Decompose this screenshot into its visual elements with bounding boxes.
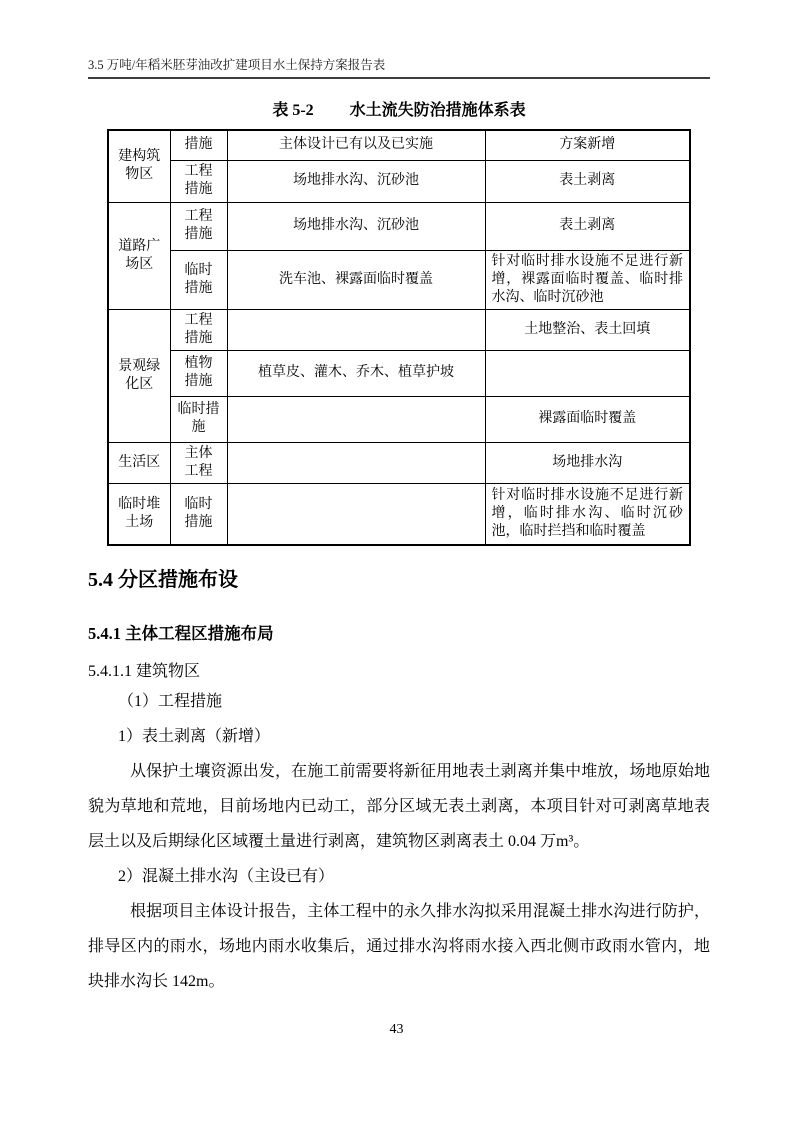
table-caption-title: 水土流失防治措施体系表 <box>350 102 526 119</box>
zone-cell: 建构筑 物区 <box>108 130 170 202</box>
measure-type-cell: 主体 工程 <box>170 442 227 483</box>
measure-type-cell: 植物 措施 <box>170 350 227 396</box>
new-measure-cell: 表土剥离 <box>485 160 690 202</box>
existing-measure-cell: 洗车池、裸露面临时覆盖 <box>227 250 485 309</box>
measure-type-cell: 临时 措施 <box>170 250 227 309</box>
zone-cell: 生活区 <box>108 442 170 483</box>
existing-measure-cell <box>227 483 485 545</box>
measure-type-cell: 工程 措施 <box>170 160 227 202</box>
table-row: 生活区 主体 工程 场地排水沟 <box>108 442 690 483</box>
zone-cell: 临时堆 土场 <box>108 483 170 545</box>
zone-cell: 道路广 场区 <box>108 202 170 309</box>
erosion-control-measures-table: 建构筑 物区 措施 主体设计已有以及已实施 方案新增 工程 措施 场地排水沟、沉… <box>107 129 691 546</box>
page-number: 43 <box>0 1022 793 1038</box>
existing-measure-cell <box>227 442 485 483</box>
table-caption-label: 表 5-2 <box>272 102 313 119</box>
measure-type-cell: 工程 措施 <box>170 309 227 350</box>
existing-measure-header-cell: 主体设计已有以及已实施 <box>227 130 485 160</box>
measure-type-cell: 临时措 施 <box>170 396 227 442</box>
section-heading-5-4: 5.4 分区措施布设 <box>88 566 710 594</box>
section-heading-5-4-1: 5.4.1 主体工程区措施布局 <box>88 622 710 646</box>
existing-measure-cell: 场地排水沟、沉砂池 <box>227 202 485 250</box>
new-measure-cell: 针对临时排水设施不足进行新增，临时排水沟、临时沉砂池，临时拦挡和临时覆盖 <box>485 483 690 545</box>
paragraph-topsoil-stripping: 从保护土壤资源出发，在施工前需要将新征用地表土剥离并集中堆放，场地原始地貌为草地… <box>88 754 710 859</box>
new-measure-cell: 针对临时排水设施不足进行新增，裸露面临时覆盖、临时排水沟、临时沉砂池 <box>485 250 690 309</box>
running-header: 3.5 万吨/年稻米胚芽油改扩建项目水土保持方案报告表 <box>88 56 710 79</box>
new-measure-header-cell: 方案新增 <box>485 130 690 160</box>
table-row: 临时堆 土场 临时 措施 针对临时排水设施不足进行新增，临时排水沟、临时沉砂池，… <box>108 483 690 545</box>
existing-measure-cell: 植草皮、灌木、乔木、植草护坡 <box>227 350 485 396</box>
document-page: 3.5 万吨/年稻米胚芽油改扩建项目水土保持方案报告表 表 5-2水土流失防治措… <box>0 0 793 1122</box>
table-caption: 表 5-2水土流失防治措施体系表 <box>88 100 710 122</box>
list-item-concrete-drain: 2）混凝土排水沟（主设已有） <box>88 859 710 894</box>
measure-type-cell: 临时 措施 <box>170 483 227 545</box>
table-row: 临时 措施 洗车池、裸露面临时覆盖 针对临时排水设施不足进行新增，裸露面临时覆盖… <box>108 250 690 309</box>
list-item-topsoil-stripping: 1）表土剥离（新增） <box>88 719 710 754</box>
paragraph-concrete-drain: 根据项目主体设计报告，主体工程中的永久排水沟拟采用混凝土排水沟进行防护，排导区内… <box>88 894 710 999</box>
new-measure-cell: 土地整治、表土回填 <box>485 309 690 350</box>
new-measure-cell <box>485 350 690 396</box>
section-heading-5-4-1-1: 5.4.1.1 建筑物区 <box>88 660 710 684</box>
new-measure-cell: 裸露面临时覆盖 <box>485 396 690 442</box>
table-row: 工程 措施 场地排水沟、沉砂池 表土剥离 <box>108 160 690 202</box>
existing-measure-cell: 场地排水沟、沉砂池 <box>227 160 485 202</box>
table-row: 建构筑 物区 措施 主体设计已有以及已实施 方案新增 <box>108 130 690 160</box>
list-item-measure-category: （1）工程措施 <box>88 684 710 719</box>
zone-cell: 景观绿 化区 <box>108 309 170 442</box>
existing-measure-cell <box>227 309 485 350</box>
table-row: 景观绿 化区 工程 措施 土地整治、表土回填 <box>108 309 690 350</box>
existing-measure-cell <box>227 396 485 442</box>
table-row: 道路广 场区 工程 措施 场地排水沟、沉砂池 表土剥离 <box>108 202 690 250</box>
new-measure-cell: 表土剥离 <box>485 202 690 250</box>
new-measure-cell: 场地排水沟 <box>485 442 690 483</box>
measure-type-cell: 措施 <box>170 130 227 160</box>
measure-type-cell: 工程 措施 <box>170 202 227 250</box>
table-row: 植物 措施 植草皮、灌木、乔木、植草护坡 <box>108 350 690 396</box>
table-row: 临时措 施 裸露面临时覆盖 <box>108 396 690 442</box>
